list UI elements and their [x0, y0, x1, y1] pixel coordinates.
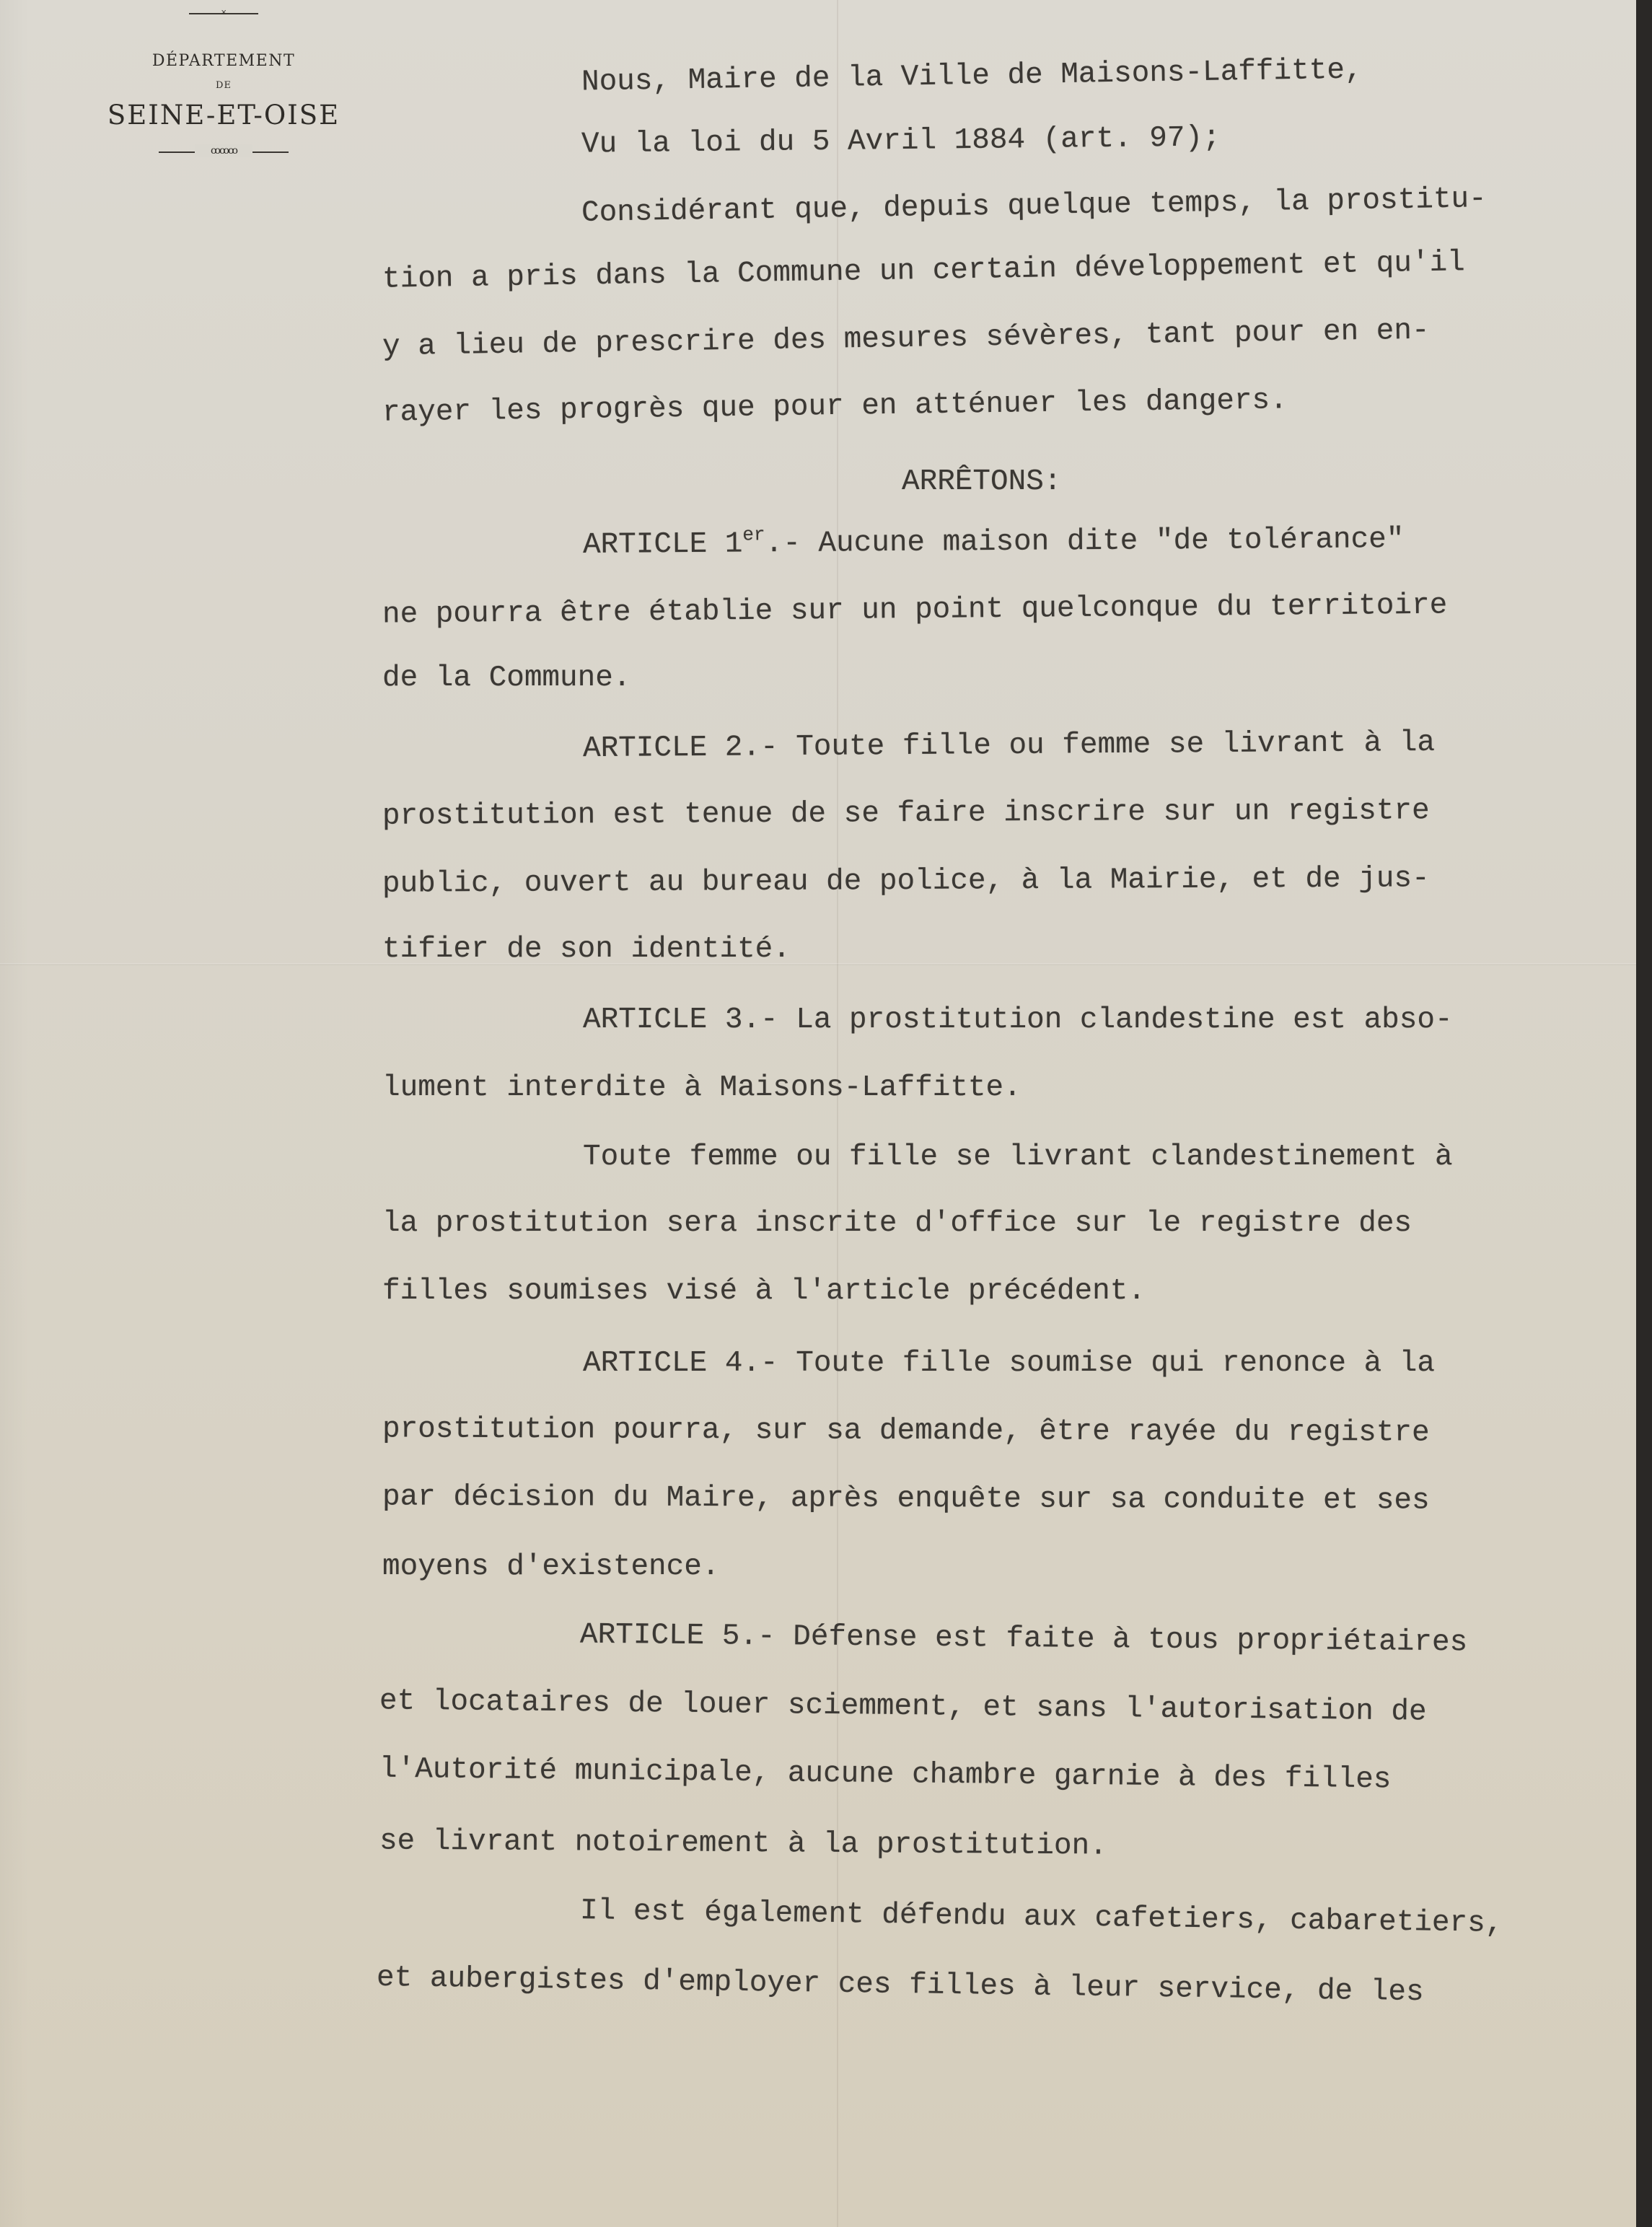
article-1-line-3: de la Commune. [382, 661, 631, 695]
preamble-law-line: Vu la loi du 5 Avril 1884 (art. 97); [581, 120, 1221, 162]
article-2-first-line: ARTICLE 2.- Toute fille ou femme se livr… [583, 726, 1435, 766]
article-5-line-2: et locataires de louer sciemment, et san… [379, 1684, 1427, 1729]
article-2-line-2: prostitution est tenue de se faire inscr… [382, 794, 1430, 834]
background-edge [1636, 0, 1652, 2227]
article-4-text: Toute fille soumise qui renonce à la [796, 1347, 1435, 1380]
letterhead-ornament-rule: ꝏꝏꝏ [159, 146, 289, 157]
article-5-line-3: l'Autorité municipale, aucune chambre ga… [379, 1752, 1392, 1798]
article-1-label: ARTICLE 1 [583, 527, 743, 562]
letterhead-department-label: DÉPARTEMENT [101, 52, 346, 70]
letterhead-region: SEINE-ET-OISE [101, 100, 346, 131]
article-3-para2-line-3: filles soumises visé à l'article précéde… [382, 1274, 1146, 1309]
article-3-para2-line-1: Toute femme ou fille se livrant clandest… [583, 1140, 1453, 1174]
letterhead-top-rule: × [189, 13, 258, 14]
article-3-label: ARTICLE 3.- [583, 1003, 796, 1037]
article-5-label: ARTICLE 5.- [580, 1619, 794, 1654]
article-3-first-line: ARTICLE 3.- La prostitution clandestine … [583, 1003, 1453, 1037]
article-5-text: Défense est faite à tous propriétaires [793, 1620, 1467, 1659]
article-1-first-line: ARTICLE 1er.- Aucune maison dite "de tol… [583, 522, 1405, 563]
article-3-text: La prostitution clandestine est abso- [796, 1003, 1452, 1037]
considering-line-1: Considérant que, depuis quelque temps, l… [581, 182, 1487, 231]
article-2-text: Toute fille ou femme se livrant à la [796, 726, 1435, 764]
article-4-line-4: moyens d'existence. [382, 1550, 719, 1584]
article-1-text: Aucune maison dite "de tolérance" [818, 523, 1404, 561]
letterhead-de: DE [101, 80, 346, 91]
preamble-mayor-line: Nous, Maire de la Ville de Maisons-Laffi… [581, 53, 1363, 100]
article-1-ordinal: er [742, 524, 765, 545]
considering-line-2: tion a pris dans la Commune un certain d… [382, 245, 1465, 297]
article-4-label: ARTICLE 4.- [583, 1347, 796, 1380]
ornament-cross-icon: × [221, 9, 227, 17]
article-5-para2-line-1: Il est également défendu aux cafetiers, … [580, 1894, 1503, 1941]
article-5-line-4: se livrant notoirement à la prostitution… [379, 1824, 1107, 1863]
ornament-scroll-icon: ꝏꝏꝏ [195, 144, 252, 157]
article-4-line-2: prostitution pourra, sur sa demande, êtr… [382, 1412, 1430, 1450]
article-4-line-3: par décision du Maire, après enquête sur… [382, 1480, 1430, 1518]
decree-heading: ARRÊTONS: [902, 465, 1061, 499]
article-1-line-2: ne pourra être établie sur un point quel… [382, 589, 1448, 633]
article-2-label: ARTICLE 2.- [583, 731, 796, 765]
considering-line-4: rayer les progrès que pour en atténuer l… [382, 383, 1288, 431]
article-2-line-3: public, ouvert au bureau de police, à la… [382, 861, 1430, 902]
article-3-line-2: lument interdite à Maisons-Laffitte. [382, 1071, 1021, 1105]
article-3-para2-line-2: la prostitution sera inscrite d'office s… [382, 1206, 1412, 1241]
article-5-para2-line-2: et aubergistes d'employer ces filles à l… [377, 1961, 1424, 2010]
article-1-label-end: .- [765, 527, 819, 561]
letterhead: × DÉPARTEMENT DE SEINE-ET-OISE ꝏꝏꝏ [101, 13, 346, 157]
considering-line-3: y a lieu de prescrire des mesures sévère… [382, 314, 1430, 365]
document-page: × DÉPARTEMENT DE SEINE-ET-OISE ꝏꝏꝏ Nous,… [0, 0, 1636, 2227]
article-5-first-line: ARTICLE 5.- Défense est faite à tous pro… [580, 1618, 1468, 1661]
paper-fold-horizontal [0, 963, 1636, 965]
article-2-line-4: tifier de son identité. [382, 932, 791, 967]
article-4-first-line: ARTICLE 4.- Toute fille soumise qui reno… [583, 1346, 1435, 1381]
